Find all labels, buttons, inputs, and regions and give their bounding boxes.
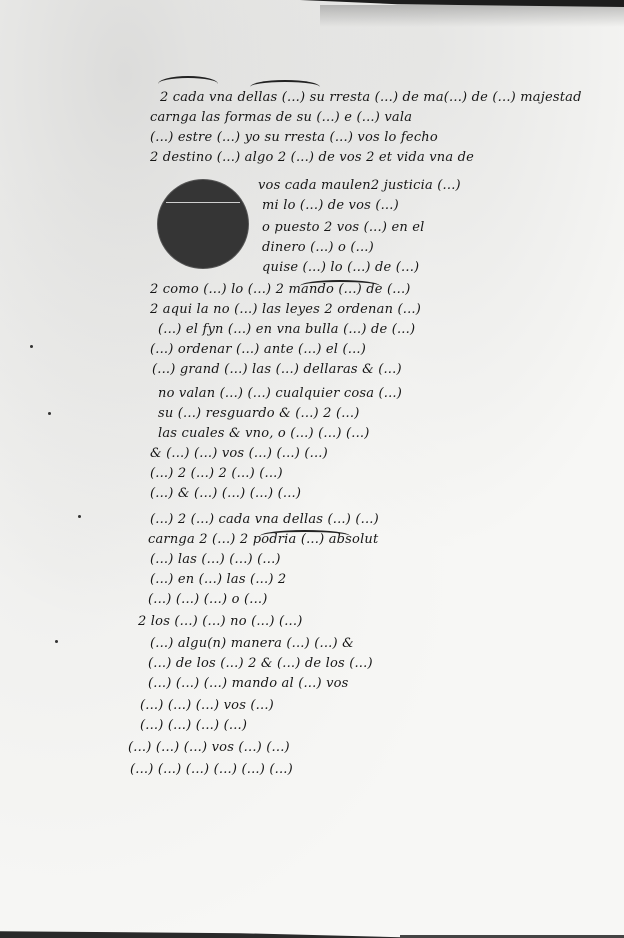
manuscript-line: no valan (...) (...) cualquier cosa (...… <box>158 386 402 401</box>
manuscript-line: & (...) (...) vos (...) (...) (...) <box>150 446 328 461</box>
manuscript-line: 2 como (...) lo (...) 2 mando (...) de (… <box>150 282 411 297</box>
manuscript-line: (...) 2 (...) cada vna dellas (...) (...… <box>150 512 379 527</box>
manuscript-line: (...) (...) (...) vos (...) <box>140 698 274 713</box>
manuscript-line: su (...) resguardo & (...) 2 (...) <box>158 406 360 421</box>
manuscript-line: (...) algu(n) manera (...) (...) & <box>150 636 354 651</box>
manuscript-line: 2 cada vna dellas (...) su rresta (...) … <box>160 90 582 105</box>
manuscript-line: (...) ordenar (...) ante (...) el (...) <box>150 342 366 357</box>
manuscript-line: (...) (...) (...) mando al (...) vos <box>148 676 349 691</box>
manuscript-line: vos cada maulen2 justicia (...) <box>258 178 461 193</box>
manuscript-line: (...) (...) (...) (...) (...) (...) <box>130 762 293 777</box>
manuscript-line: (...) (...) (...) (...) <box>140 718 247 733</box>
manuscript-line: (...) grand (...) las (...) dellaras & (… <box>152 362 402 377</box>
manuscript-line: quise (...) lo (...) de (...) <box>262 260 419 275</box>
manuscript-line: 2 aqui la no (...) las leyes 2 ordenan (… <box>150 302 421 317</box>
manuscript-line: 2 los (...) (...) no (...) (...) <box>138 614 302 629</box>
manuscript-line: (...) (...) (...) vos (...) (...) <box>128 740 290 755</box>
manuscript-line: (...) de los (...) 2 & (...) de los (...… <box>148 656 373 671</box>
manuscript-line: carnga las formas de su (...) e (...) va… <box>150 110 412 125</box>
manuscript-line: (...) las (...) (...) (...) <box>150 552 281 567</box>
manuscript-line: (...) estre (...) yo su rresta (...) vos… <box>150 130 438 145</box>
manuscript-line: mi lo (...) de vos (...) <box>262 198 399 213</box>
manuscript-line: las cuales & vno, o (...) (...) (...) <box>158 426 370 441</box>
manuscript-line: (...) el fyn (...) en vna bulla (...) de… <box>158 322 415 337</box>
handwritten-text-block: 2 cada vna dellas (...) su rresta (...) … <box>0 0 624 938</box>
manuscript-line: dinero (...) o (...) <box>262 240 374 255</box>
manuscript-line: o puesto 2 vos (...) en el <box>262 220 425 235</box>
manuscript-line: 2 destino (...) algo 2 (...) de vos 2 et… <box>150 150 474 165</box>
manuscript-line: (...) & (...) (...) (...) (...) <box>150 486 301 501</box>
manuscript-line: (...) en (...) las (...) 2 <box>150 572 286 587</box>
manuscript-page: 2 cada vna dellas (...) su rresta (...) … <box>0 0 624 938</box>
manuscript-line: carnga 2 (...) 2 podria (...) absolut <box>148 532 378 547</box>
manuscript-line: (...) (...) (...) o (...) <box>148 592 268 607</box>
manuscript-line: (...) 2 (...) 2 (...) (...) <box>150 466 283 481</box>
